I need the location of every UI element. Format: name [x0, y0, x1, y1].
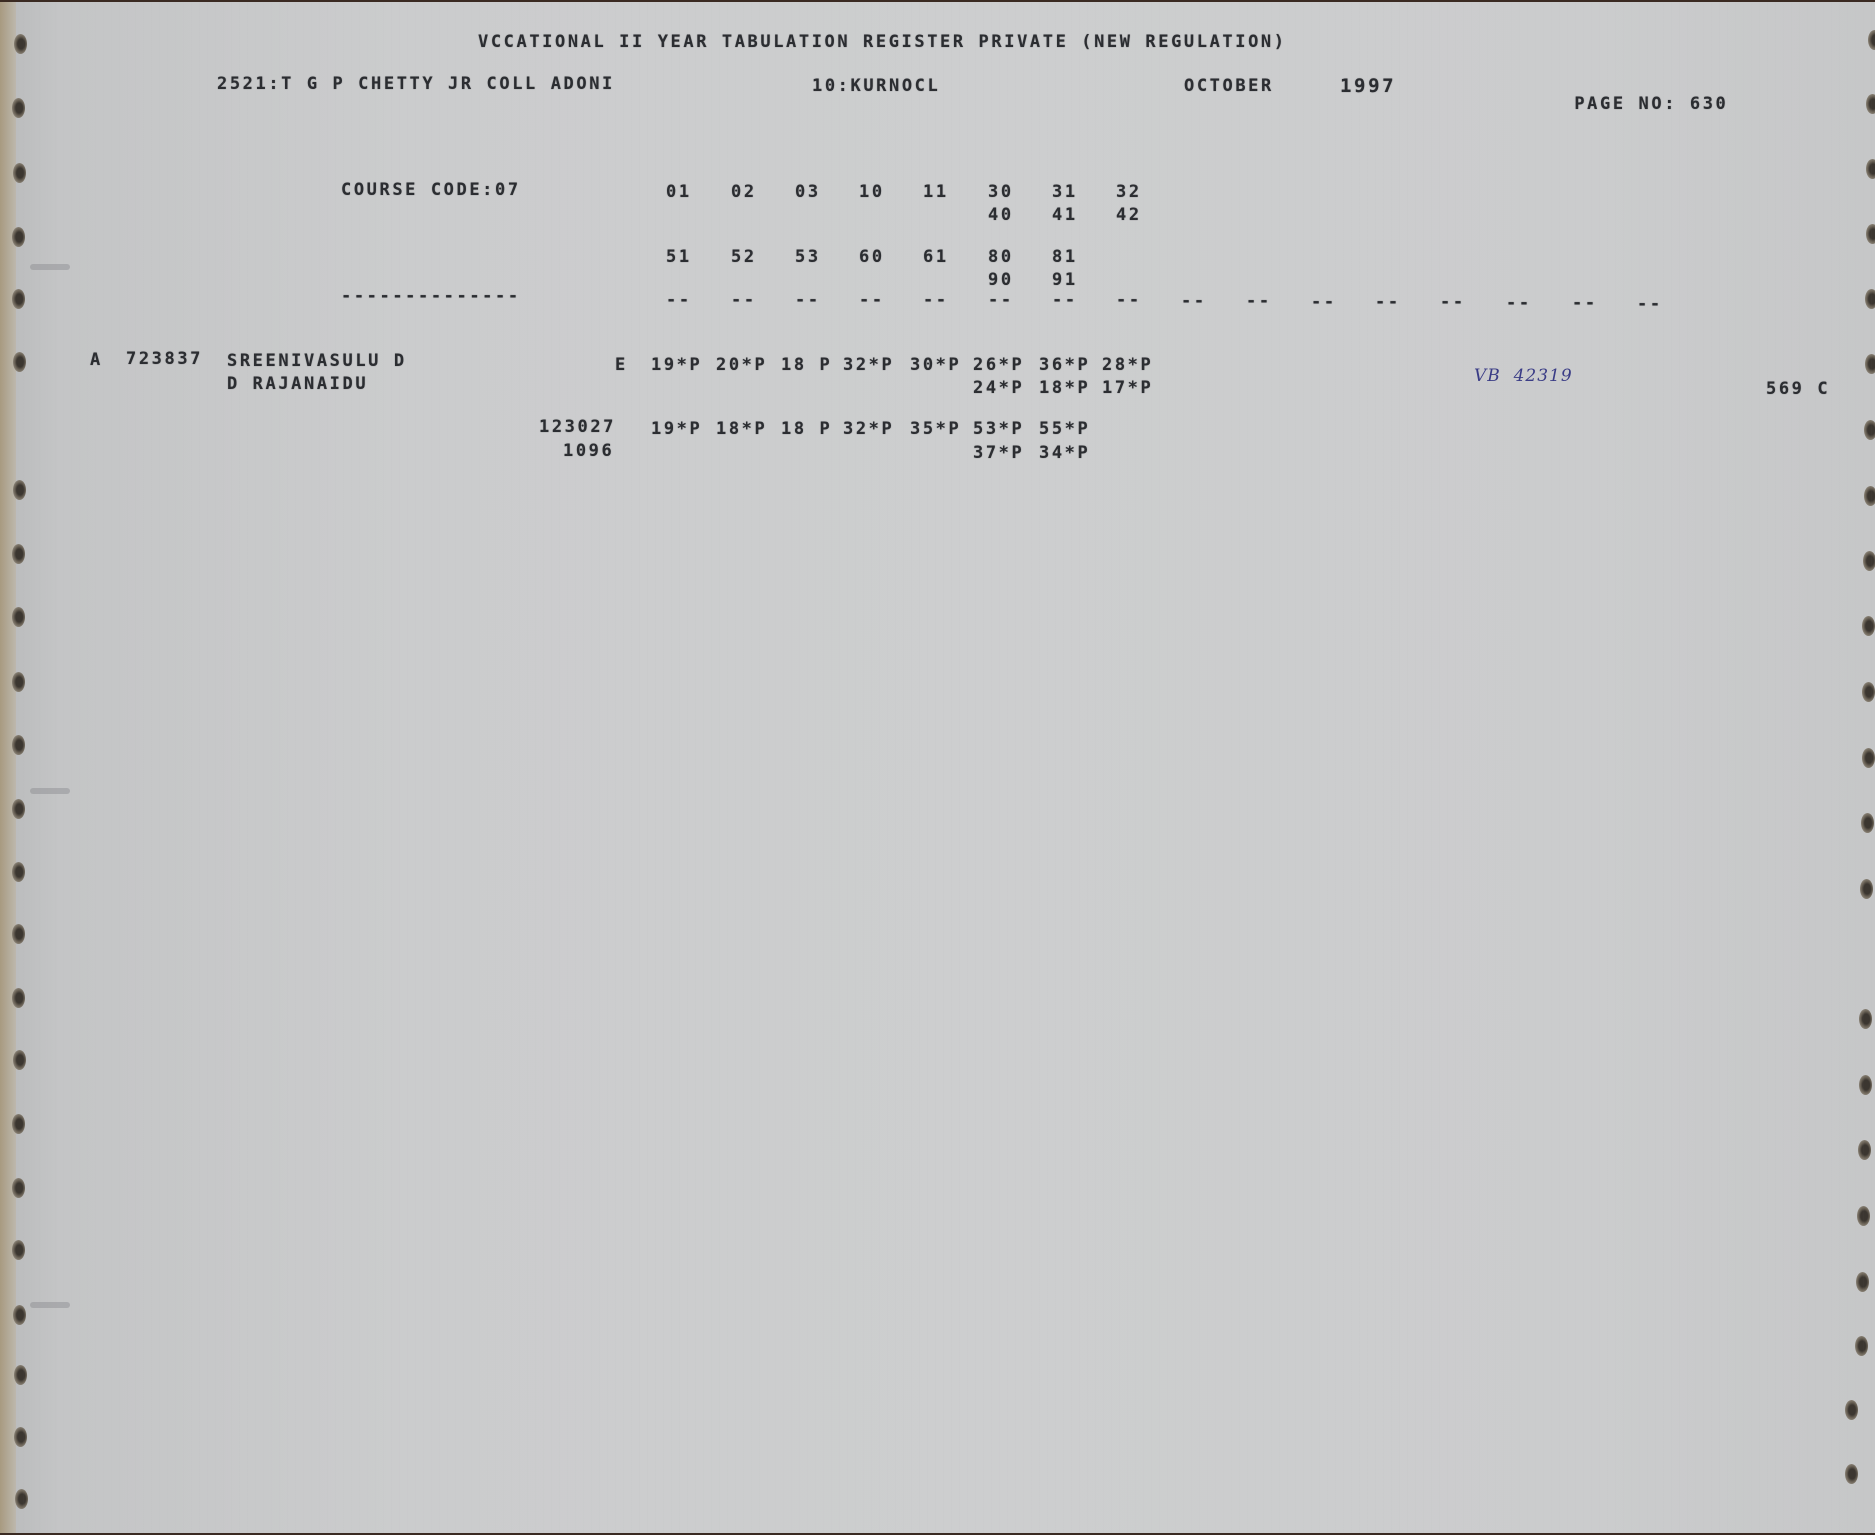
feed-hole-icon — [13, 480, 26, 500]
feed-hole-icon — [1862, 682, 1875, 702]
subject-code: 53 — [795, 249, 821, 266]
feed-hole-icon — [13, 1050, 26, 1070]
separator: -- — [1637, 296, 1663, 313]
subject-code: 80 — [988, 249, 1014, 266]
subject-code: 10 — [859, 184, 885, 201]
separator: -- — [1311, 294, 1337, 311]
subject-code: 30 — [988, 184, 1014, 201]
feed-hole-icon — [12, 988, 25, 1008]
feed-hole-icon — [1868, 30, 1875, 50]
register-sheet: VCCATIONAL II YEAR TABULATION REGISTER P… — [0, 2, 1875, 1533]
previous-reference: 123027 — [539, 419, 616, 436]
feed-hole-icon — [1845, 1400, 1858, 1420]
separator: -- — [988, 292, 1014, 309]
subject-code: 11 — [923, 184, 949, 201]
pencil-arrow-mark — [30, 788, 70, 794]
separator: -- — [859, 292, 885, 309]
exam-year: 1997 — [1340, 77, 1396, 96]
separator: -- — [1052, 292, 1078, 309]
feed-hole-icon — [1857, 1206, 1870, 1226]
separator: -- — [795, 292, 821, 309]
subject-code: 61 — [923, 249, 949, 266]
page-number: 630 — [1690, 94, 1729, 114]
feed-hole-icon — [12, 1178, 25, 1198]
separator: -- — [1116, 292, 1142, 309]
separator: -- — [923, 292, 949, 309]
feed-hole-icon — [1862, 616, 1875, 636]
total-marks: 569 C — [1689, 364, 1830, 415]
mark-cell: 37*P — [973, 445, 1024, 462]
result-class: C — [1817, 379, 1830, 399]
feed-hole-icon — [1865, 289, 1875, 309]
mark-cell: 20*P — [716, 357, 767, 374]
page-label: PAGE NO: — [1574, 94, 1677, 114]
mark-cell: 19*P — [651, 357, 702, 374]
separator: -- — [731, 292, 757, 309]
feed-hole-icon — [12, 735, 25, 755]
feed-hole-icon — [1861, 813, 1874, 833]
medium-code: E — [615, 357, 628, 374]
subject-code: 81 — [1052, 249, 1078, 266]
feed-hole-icon — [1859, 1075, 1872, 1095]
course-code-label: COURSE CODE:07 — [341, 182, 521, 199]
pencil-arrow-mark — [30, 1302, 70, 1308]
feed-hole-icon — [14, 34, 27, 54]
subject-code: 32 — [1116, 184, 1142, 201]
feed-hole-icon — [12, 289, 25, 309]
father-name: D RAJANAIDU — [227, 376, 368, 393]
course-underline: -------------- — [341, 288, 521, 305]
mark-cell: 36*P — [1039, 357, 1090, 374]
feed-hole-icon — [1862, 748, 1875, 768]
mark-cell: 18*P — [1039, 380, 1090, 397]
feed-hole-icon — [1863, 551, 1875, 571]
subject-code: 60 — [859, 249, 885, 266]
feed-hole-icon — [13, 163, 26, 183]
mark-cell: 18 P — [781, 421, 832, 438]
separator: -- — [1375, 294, 1401, 311]
feed-hole-icon — [14, 1365, 27, 1385]
mark-cell: 55*P — [1039, 421, 1090, 438]
separator: -- — [1246, 293, 1272, 310]
feed-hole-icon — [12, 607, 25, 627]
feed-hole-icon — [12, 98, 25, 118]
subject-code: 02 — [731, 184, 757, 201]
mark-cell: 19*P — [651, 421, 702, 438]
feed-hole-icon — [12, 1114, 25, 1134]
subject-code: 41 — [1052, 207, 1078, 224]
handwritten-note: VB 42319 — [1474, 366, 1573, 386]
subject-code: 52 — [731, 249, 757, 266]
grade-letter: A — [90, 352, 103, 369]
feed-hole-icon — [1866, 224, 1875, 244]
mark-cell: 26*P — [973, 357, 1024, 374]
page-number-label: PAGE NO: 630 — [1523, 79, 1728, 130]
feed-hole-icon — [1845, 1464, 1858, 1484]
mark-cell: 18 P — [781, 357, 832, 374]
mark-cell: 34*P — [1039, 445, 1090, 462]
subject-code: 40 — [988, 207, 1014, 224]
feed-hole-icon — [14, 1427, 27, 1447]
separator: -- — [1506, 295, 1532, 312]
mark-cell: 18*P — [716, 421, 767, 438]
feed-hole-icon — [12, 1240, 25, 1260]
feed-hole-icon — [12, 862, 25, 882]
feed-hole-icon — [1864, 420, 1875, 440]
feed-hole-icon — [1860, 879, 1873, 899]
college-name: 2521:T G P CHETTY JR COLL ADONI — [217, 76, 615, 93]
mark-cell: 17*P — [1102, 380, 1153, 397]
mark-cell: 24*P — [973, 380, 1024, 397]
mark-cell: 35*P — [910, 421, 961, 438]
feed-hole-icon — [12, 672, 25, 692]
exam-month: OCTOBER — [1184, 78, 1274, 95]
separator: -- — [666, 292, 692, 309]
feed-hole-icon — [13, 352, 26, 372]
mark-cell: 30*P — [910, 357, 961, 374]
mark-cell: 53*P — [973, 421, 1024, 438]
feed-hole-icon — [1866, 159, 1875, 179]
subject-code: 31 — [1052, 184, 1078, 201]
feed-hole-icon — [15, 1489, 28, 1509]
pencil-arrow-mark — [30, 264, 70, 270]
total-value: 569 — [1766, 379, 1805, 399]
feed-hole-icon — [12, 924, 25, 944]
separator: -- — [1572, 295, 1598, 312]
subject-code: 42 — [1116, 207, 1142, 224]
hall-ticket-number: 723837 — [126, 351, 203, 368]
feed-hole-icon — [1864, 486, 1875, 506]
subject-code: 91 — [1052, 272, 1078, 289]
feed-hole-icon — [1866, 94, 1875, 114]
feed-hole-icon — [1858, 1140, 1871, 1160]
subject-code: 01 — [666, 184, 692, 201]
feed-hole-icon — [13, 1305, 26, 1325]
feed-hole-icon — [12, 799, 25, 819]
feed-hole-icon — [12, 227, 25, 247]
feed-hole-icon — [12, 544, 25, 564]
district-name: 10:KURNOCL — [812, 78, 940, 95]
mark-cell: 32*P — [843, 357, 894, 374]
feed-hole-icon — [1859, 1009, 1872, 1029]
student-name: SREENIVASULU D — [227, 353, 407, 370]
subject-code: 03 — [795, 184, 821, 201]
register-title: VCCATIONAL II YEAR TABULATION REGISTER P… — [478, 34, 1287, 51]
mark-cell: 32*P — [843, 421, 894, 438]
feed-hole-icon — [1856, 1272, 1869, 1292]
feed-hole-icon — [1855, 1336, 1868, 1356]
previous-reference-2: 1096 — [563, 443, 614, 460]
separator: -- — [1440, 294, 1466, 311]
separator: -- — [1181, 293, 1207, 310]
mark-cell: 28*P — [1102, 357, 1153, 374]
subject-code: 51 — [666, 249, 692, 266]
feed-hole-icon — [1865, 354, 1875, 374]
subject-code: 90 — [988, 272, 1014, 289]
